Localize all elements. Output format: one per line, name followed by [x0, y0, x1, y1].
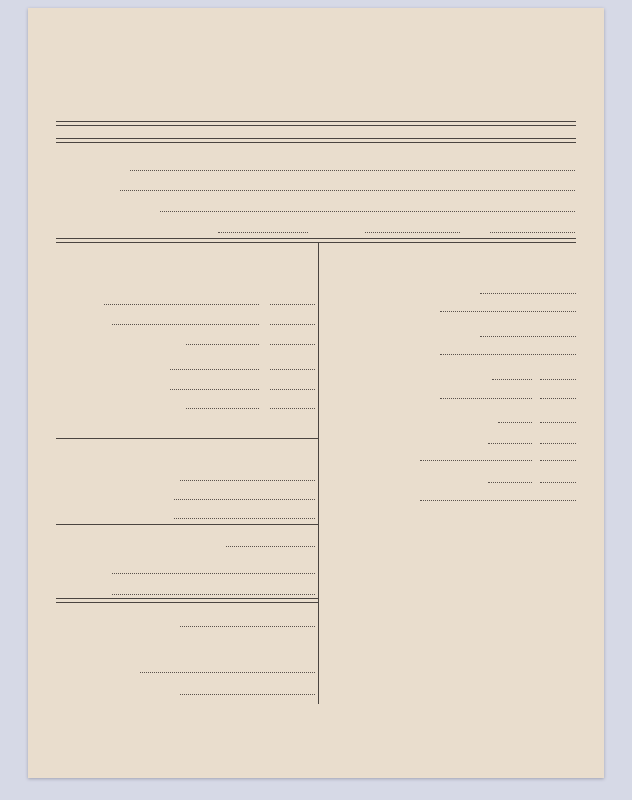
q18-field[interactable]: [480, 336, 576, 337]
total-members-2-field[interactable]: [270, 408, 315, 409]
q13-field[interactable]: [180, 626, 315, 627]
q24b-field[interactable]: [420, 500, 576, 501]
dotted-leader: [492, 379, 532, 380]
dotted-leader: [488, 443, 532, 444]
city-field[interactable]: [218, 232, 308, 233]
divider: [56, 438, 318, 439]
q14-field[interactable]: [140, 672, 315, 673]
divider: [56, 598, 318, 603]
edifice-debt-field[interactable]: [174, 518, 315, 519]
q23a-field[interactable]: [540, 443, 576, 444]
q24a-field[interactable]: [540, 482, 576, 483]
divider: [56, 524, 318, 525]
column-divider: [318, 242, 319, 704]
edifice-value-field[interactable]: [174, 499, 315, 500]
dotted-leader: [112, 324, 259, 325]
residence-value-field[interactable]: [112, 573, 315, 574]
divider: [56, 121, 576, 126]
dotted-leader: [420, 460, 532, 461]
dotted-leader: [186, 408, 259, 409]
dotted-leader: [186, 344, 259, 345]
divider: [56, 238, 576, 243]
dotted-leader: [498, 422, 532, 423]
presbytery-field[interactable]: [120, 190, 575, 191]
dotted-leader: [170, 369, 259, 370]
q20-field[interactable]: [540, 379, 576, 380]
local-name-field[interactable]: [160, 211, 575, 212]
q21-field[interactable]: [540, 398, 576, 399]
q15-field[interactable]: [180, 694, 315, 695]
dotted-leader: [170, 389, 259, 390]
divider: [56, 138, 576, 143]
male-field[interactable]: [270, 304, 315, 305]
over-13-field[interactable]: [270, 389, 315, 390]
female-field[interactable]: [270, 324, 315, 325]
q19-field[interactable]: [440, 354, 576, 355]
under-13-field[interactable]: [270, 369, 315, 370]
q16-field[interactable]: [480, 293, 576, 294]
total-members-field[interactable]: [270, 344, 315, 345]
residence-debt-field[interactable]: [112, 594, 315, 595]
dotted-leader: [440, 398, 532, 399]
edifices-field[interactable]: [180, 480, 315, 481]
owns-residence-field[interactable]: [226, 546, 315, 547]
county-field[interactable]: [365, 232, 460, 233]
q17-field[interactable]: [440, 311, 576, 312]
dotted-leader: [488, 482, 532, 483]
q23b-field[interactable]: [540, 460, 576, 461]
q22-field[interactable]: [540, 422, 576, 423]
state-field[interactable]: [490, 232, 575, 233]
dotted-leader: [104, 304, 259, 305]
denomination-field[interactable]: [130, 170, 575, 171]
